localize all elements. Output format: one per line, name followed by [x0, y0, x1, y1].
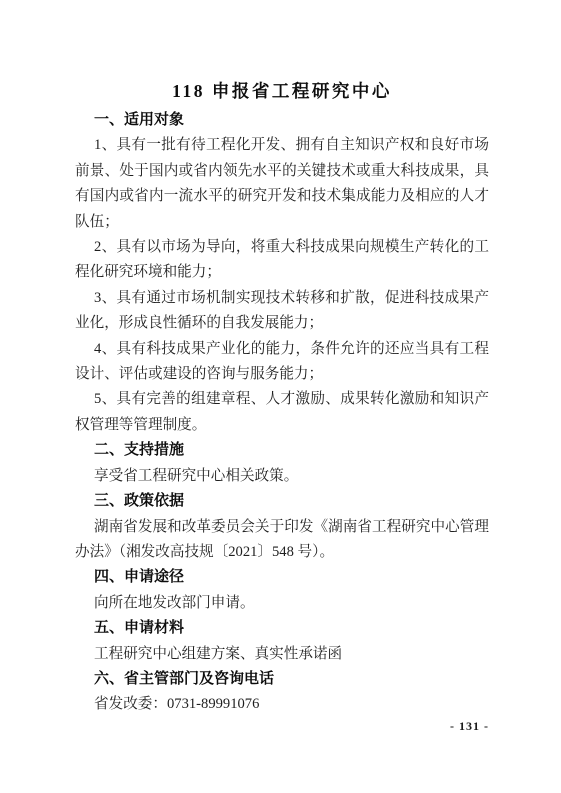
page-number: - 131 - — [450, 719, 489, 734]
section-heading: 四、申请途径 — [75, 565, 489, 590]
section-heading: 五、申请材料 — [75, 616, 489, 641]
document-title: 118 申报省工程研究中心 — [75, 80, 489, 102]
body-paragraph: 享受省工程研究中心相关政策。 — [75, 464, 489, 489]
document-body: 一、适用对象1、具有一批有待工程化开发、拥有自主知识产权和良好市场前景、处于国内… — [75, 108, 489, 718]
body-paragraph: 向所在地发改部门申请。 — [75, 591, 489, 616]
section-heading: 六、省主管部门及咨询电话 — [75, 667, 489, 692]
body-paragraph: 3、具有通过市场机制实现技术转移和扩散，促进科技成果产业化，形成良性循环的自我发… — [75, 286, 489, 337]
body-paragraph: 工程研究中心组建方案、真实性承诺函 — [75, 642, 489, 667]
section-heading: 一、适用对象 — [75, 108, 489, 133]
body-paragraph: 4、具有科技成果产业化的能力，条件允许的还应当具有工程设计、评估或建设的咨询与服… — [75, 337, 489, 388]
body-paragraph: 2、具有以市场为导向，将重大科技成果向规模生产转化的工程化研究环境和能力； — [75, 235, 489, 286]
section-heading: 二、支持措施 — [75, 438, 489, 463]
body-paragraph: 省发改委：0731-89991076 — [75, 692, 489, 717]
body-paragraph: 湖南省发展和改革委员会关于印发《湖南省工程研究中心管理办法》（湘发改高技规〔20… — [75, 515, 489, 566]
body-paragraph: 5、具有完善的组建章程、人才激励、成果转化激励和知识产权管理等管理制度。 — [75, 387, 489, 438]
document-page: 118 申报省工程研究中心 一、适用对象1、具有一批有待工程化开发、拥有自主知识… — [0, 0, 561, 793]
body-paragraph: 1、具有一批有待工程化开发、拥有自主知识产权和良好市场前景、处于国内或省内领先水… — [75, 133, 489, 235]
document-content: 118 申报省工程研究中心 一、适用对象1、具有一批有待工程化开发、拥有自主知识… — [75, 80, 489, 718]
section-heading: 三、政策依据 — [75, 489, 489, 514]
